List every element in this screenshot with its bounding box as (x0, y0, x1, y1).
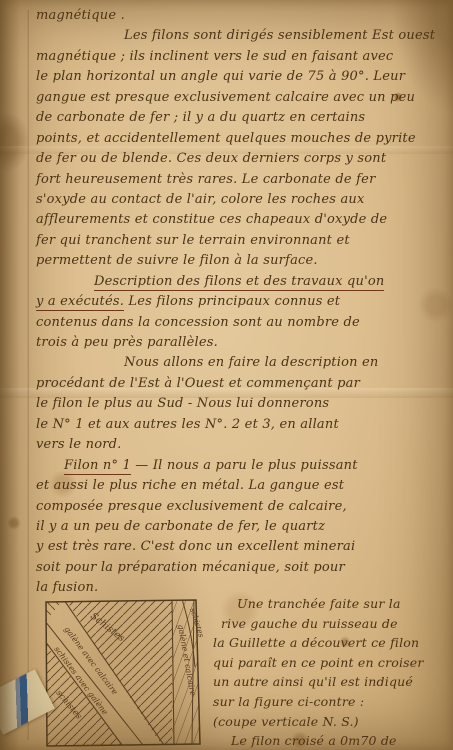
vertical-margin-crease (27, 10, 30, 740)
text-line: le N° 1 et aux autres les N°. 2 et 3, en… (36, 415, 450, 435)
text-line: magnétique ; ils inclinent vers le sud e… (36, 47, 450, 67)
text-segment: gangue est presque exclusivement calcair… (36, 90, 415, 105)
text-segment: la Guillette a découvert ce filon (213, 635, 419, 650)
text-segment: — Il nous a paru le plus puissant (131, 458, 358, 473)
text-segment: la fusion. (36, 580, 98, 595)
text-line: le plan horizontal un angle qui varie de… (36, 67, 450, 87)
text-segment: Le filon croisé a 0m70 de (231, 733, 397, 748)
text-line: qui paraît en ce point en croiser (213, 653, 453, 673)
text-segment: permettent de suivre le filon à la surfa… (36, 253, 318, 268)
text-segment: un autre ainsi qu'il est indiqué (213, 674, 413, 689)
text-segment: de fer ou de blende. Ces deux derniers c… (36, 151, 386, 166)
text-segment: vers le nord. (36, 437, 122, 452)
text-segment: Filon n° 1 (64, 458, 131, 475)
text-line: y est très rare. C'est donc un excellent… (36, 537, 450, 557)
text-segment: le plan horizontal un angle qui varie de… (36, 69, 405, 84)
text-segment: magnétique . (36, 8, 125, 23)
text-segment: le filon le plus au Sud - Nous lui donne… (36, 396, 329, 411)
text-segment: points, et accidentellement quelques mou… (36, 131, 416, 146)
text-line: fer qui tranchent sur le terrain environ… (36, 231, 450, 251)
text-segment: procédant de l'Est à l'Ouest et commença… (36, 376, 360, 391)
text-segment: affleurements et constitue ces chapeaux … (36, 212, 387, 227)
manuscript-page: magnétique .Les filons sont dirigés sens… (0, 0, 453, 750)
text-line: soit pour la préparation mécanique, soit… (36, 558, 450, 578)
text-line: composée presque exclusivement de calcai… (36, 497, 450, 517)
text-line: points, et accidentellement quelques mou… (36, 129, 450, 149)
text-segment: fer qui tranchent sur le terrain environ… (36, 233, 350, 248)
text-segment: sur la figure ci-contre : (213, 694, 364, 709)
text-line: y a exécutés. Les filons principaux conn… (36, 292, 450, 312)
figure-side-text: Une tranchée faite sur larive gauche du … (213, 594, 453, 750)
text-line: le filon le plus au Sud - Nous lui donne… (36, 394, 450, 414)
text-line: Nous allons en faire la description en (36, 353, 450, 373)
text-line: de fer ou de blende. Ces deux derniers c… (36, 149, 450, 169)
text-segment: Description des filons et des travaux qu… (94, 274, 384, 291)
text-line: magnétique . (36, 6, 450, 26)
text-segment: il y a un peu de carbonate de fer, le qu… (36, 519, 325, 534)
text-line: trois à peu près parallèles. (36, 333, 450, 353)
text-segment: y a exécutés. (36, 294, 124, 311)
text-segment: (coupe verticale N. S.) (213, 714, 359, 729)
text-segment: de carbonate de fer ; il y a du quartz e… (36, 110, 365, 125)
text-segment: fort heureusement très rares. Le carbona… (36, 172, 375, 187)
text-segment: Les filons principaux connus et (124, 294, 340, 309)
text-line: Description des filons et des travaux qu… (36, 272, 450, 292)
page-left-edge-shadow (0, 0, 20, 750)
text-line: vers le nord. (36, 435, 450, 455)
text-line: rive gauche du ruisseau de (213, 614, 453, 634)
text-line: de carbonate de fer ; il y a du quartz e… (36, 108, 450, 128)
text-line: Filon n° 1 — Il nous a paru le plus puis… (36, 456, 450, 476)
text-line: un autre ainsi qu'il est indiqué (213, 672, 453, 692)
text-segment: soit pour la préparation mécanique, soit… (36, 560, 345, 575)
text-line: procédant de l'Est à l'Ouest et commença… (36, 374, 450, 394)
text-line: s'oxyde au contact de l'air, colore les … (36, 190, 450, 210)
text-line: affleurements et constitue ces chapeaux … (36, 210, 450, 230)
text-line: Une tranchée faite sur la (213, 594, 453, 614)
cross-section-sketch: Schistes galène avec calcaire schistes a… (42, 597, 208, 749)
text-segment: Nous allons en faire la description en (124, 355, 379, 370)
text-segment: trois à peu près parallèles. (36, 335, 218, 350)
text-segment: et aussi le plus riche en métal. La gang… (36, 478, 344, 493)
text-line: contenus dans la concession sont au nomb… (36, 313, 450, 333)
text-line: (coupe verticale N. S.) (213, 712, 453, 732)
cross-section-figure: Schistes galène avec calcaire schistes a… (42, 597, 208, 749)
text-line: permettent de suivre le filon à la surfa… (36, 251, 450, 271)
text-line: gangue est presque exclusivement calcair… (36, 88, 450, 108)
text-line: Le filon croisé a 0m70 de (213, 731, 453, 750)
text-segment: le N° 1 et aux autres les N°. 2 et 3, en… (36, 417, 339, 432)
text-line: Les filons sont dirigés sensiblement Est… (36, 26, 450, 46)
text-segment: composée presque exclusivement de calcai… (36, 499, 347, 514)
text-segment: y est très rare. C'est donc un excellent… (36, 539, 355, 554)
text-segment: Les filons sont dirigés sensiblement Est… (124, 28, 435, 43)
text-line: sur la figure ci-contre : (213, 692, 453, 712)
text-segment: Une tranchée faite sur la (237, 596, 401, 611)
text-line: la Guillette a découvert ce filon (213, 633, 453, 653)
text-segment: s'oxyde au contact de l'air, colore les … (36, 192, 365, 207)
text-segment: qui paraît en ce point en croiser (213, 655, 424, 670)
text-line: il y a un peu de carbonate de fer, le qu… (36, 517, 450, 537)
text-line: et aussi le plus riche en métal. La gang… (36, 476, 450, 496)
text-segment: rive gauche du ruisseau de (221, 616, 398, 631)
text-segment: magnétique ; ils inclinent vers le sud e… (36, 49, 393, 64)
text-segment: contenus dans la concession sont au nomb… (36, 315, 360, 330)
manuscript-text: magnétique .Les filons sont dirigés sens… (36, 6, 450, 599)
text-line: fort heureusement très rares. Le carbona… (36, 170, 450, 190)
